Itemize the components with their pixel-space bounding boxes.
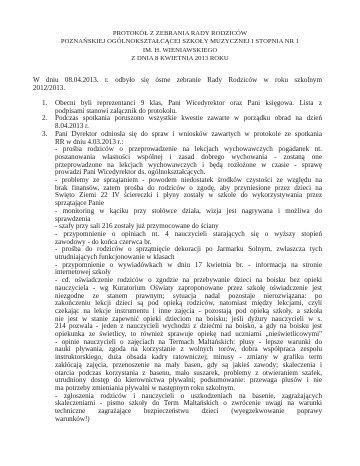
intro-line: W dniu 08.04.2013. r. odbyło się ósme ze…	[33, 77, 322, 85]
title-line-2: POZNAŃSKIEJ OGÓLNOKSZTAŁCĄCEJ SZKOŁY MUZ…	[0, 38, 360, 46]
list-item-line: 214 pozwala - jeden z nauczycieli wychod…	[55, 323, 322, 331]
title-line-3: IM. H. WIENIAWSKIEGO	[0, 47, 360, 55]
list-item-line: RR w dniu 4.03.2013 r.:	[55, 139, 322, 147]
list-number: 1.	[42, 100, 47, 108]
list-item-line: nauki pływania, zgoda na korzystanie z w…	[55, 346, 322, 354]
list-item-line: internetowej szkoły	[55, 269, 322, 277]
list-item-line: sprzątające Panie	[55, 200, 322, 208]
list-item-line: - cd. oświadczenie rodziców o zgodzie na…	[55, 277, 322, 285]
list-item-line: - opinie nauczycieli o zajęciach na Term…	[55, 339, 322, 347]
list-item-line: podpisami stanowi załącznik do protokołu…	[55, 108, 322, 116]
list-item-line: niezgodne ze stanem prawnym; sytuacja na…	[55, 293, 322, 301]
list-item-line: - prośba rodziców o przeprowadzenie na l…	[55, 146, 322, 154]
list-item-line: zawodowy - do końca czerwca br.	[55, 239, 322, 247]
list-item-line: otarcia podczas korzystania z basenu, ma…	[55, 370, 322, 378]
list-item-line: nauczyciela - wg Kuratorium Oświaty zapr…	[55, 285, 322, 293]
list-item-line: poszanowania własności wspólnej i zasad …	[55, 154, 322, 162]
list-item-line: instruktorskiego, duża obsada kadry rato…	[55, 354, 322, 362]
list-item-line: brak finansów, zatem prośba do rodziców …	[55, 185, 322, 193]
list-item-line: - zgłoszenia rodziców i nauczycieli o us…	[55, 393, 322, 401]
document-page: PROTOKÓŁ Z ZEBRANIA RADY RODZICÓW POZNAŃ…	[0, 0, 360, 466]
list-item-line: prowadzi Pani Wicedyrektor ds. ogólnoksz…	[55, 169, 322, 177]
list-number: 2.	[42, 115, 47, 123]
document-title: PROTOKÓŁ Z ZEBRANIA RADY RODZICÓW POZNAŃ…	[0, 30, 360, 63]
list-item-line: Podczas spotkania poruszono wszystkie kw…	[55, 115, 322, 123]
list-number: 3.	[42, 131, 47, 139]
list-item-line: czekając na lekcje instrumentu i inne za…	[55, 308, 322, 316]
list-item-line: warunków!)	[55, 416, 322, 424]
list-item-line: zakłócają zajęcia, przenoszenie na mały …	[55, 362, 322, 370]
list-item-line: opiekunka ze świetlicy, to również spraw…	[55, 331, 322, 339]
list-item-line: - monitoring w kąciku przy stołówce dzia…	[55, 208, 322, 216]
list-item-line: 8.04.2013 r.	[55, 123, 322, 131]
list-item-line: skaleczeniami - pismo szkoły do Term Mal…	[55, 400, 322, 408]
intro-line: 2012/2013.	[33, 85, 322, 93]
list-item-line: utrudniających funkcjonowanie w klasach	[55, 254, 322, 262]
list-item-line: techniczne zagrażające bezpieczeństwu dz…	[55, 408, 322, 416]
title-line-4: Z DNIA 8 KWIETNIA 2013 ROKU	[0, 55, 360, 63]
list-item-line: ma potrzeby zmieniania pływalni w następ…	[55, 385, 322, 393]
list-item-line: zakończeniu lekcji dzieci są pod opieką …	[55, 300, 322, 308]
list-item-line: nie jest w stanie zapewnić opieki dzieci…	[55, 316, 322, 324]
list-item-line: - problemy ze sprzątaniem - powodem nied…	[55, 177, 322, 185]
list-item-line: - szafy przy sali 216 zostały już przymo…	[55, 223, 322, 231]
